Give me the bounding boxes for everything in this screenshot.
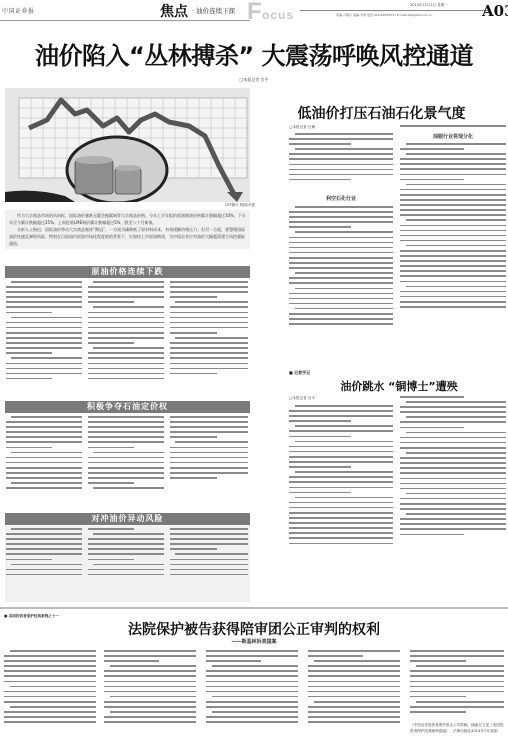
body-column bbox=[170, 416, 248, 511]
bottom-subhead: ——斯基林诉美国案 bbox=[0, 638, 508, 645]
main-headline: 油价陷入“丛林搏杀” 大震荡呼唤风控通道 bbox=[0, 36, 508, 71]
body-column bbox=[400, 396, 506, 603]
lead-paragraph: 作为大宗商品市场的风向标，国际油价暴跌无疑会拖累铜等大宗商品价格。今年上半年组约… bbox=[9, 212, 246, 226]
body-column bbox=[6, 281, 82, 386]
body-column bbox=[6, 528, 82, 600]
side-subhead: 油服行业将现分化 bbox=[400, 133, 506, 140]
body-column bbox=[289, 206, 393, 366]
focus-logo-rest: ocus bbox=[262, 8, 294, 22]
section-title: 焦点 bbox=[160, 1, 188, 21]
article-lead: 作为大宗商品市场的风向标，国际油价暴跌无疑会拖累铜等大宗商品价格。今年上半年组约… bbox=[5, 210, 250, 249]
masthead: 中国证券报 焦点 · 油价连续下探 F ocus 2014年12月1日 星期一 … bbox=[0, 0, 508, 24]
section-heading: 对冲油价异动风险 bbox=[5, 513, 250, 525]
focus-logo-f: F bbox=[247, 0, 262, 26]
masthead-rule bbox=[0, 20, 250, 21]
editor-contact: 责编:卢铜川 美编:尹建 电话:010-63070327 E-mail:zbs@… bbox=[336, 13, 432, 17]
section-subtitle: · 油价连续下探 bbox=[192, 6, 235, 15]
side-headline-2: 油价跳水 “铜博士”遭殃 bbox=[290, 378, 508, 394]
section-divider bbox=[0, 607, 508, 609]
body-column bbox=[400, 125, 506, 133]
lead-paragraph: 分析人士指出，国际油价带动大宗商品集体“熊冠”，一方面为确降低了原材料成本，有效… bbox=[9, 226, 246, 247]
main-byline: □本报记者 官平 bbox=[0, 77, 508, 83]
body-column bbox=[289, 405, 393, 603]
body-column bbox=[170, 528, 248, 600]
side-kicker: ■ 记者手记 bbox=[289, 370, 310, 376]
body-column bbox=[308, 650, 400, 748]
body-column bbox=[4, 650, 96, 748]
page-number: A03 bbox=[482, 2, 508, 20]
side-byline-2: □本报记者 官平 bbox=[289, 396, 315, 401]
paper-name: 中国证券报 bbox=[2, 6, 35, 15]
side-subhead: 利空石化行业 bbox=[289, 195, 393, 202]
section-heading: 积极争夺石油定价权 bbox=[5, 401, 250, 413]
body-column bbox=[88, 281, 164, 386]
body-column bbox=[88, 416, 164, 511]
body-column bbox=[104, 650, 196, 748]
body-column bbox=[170, 281, 248, 386]
body-column bbox=[400, 143, 506, 366]
side-byline-1: □本报记者 汪珊 bbox=[289, 125, 315, 130]
body-column bbox=[6, 416, 82, 511]
photo-credit: CFP图片 制图/尹建 bbox=[225, 203, 255, 208]
oil-chart-illustration-icon bbox=[5, 88, 250, 202]
article-photo bbox=[5, 88, 250, 202]
body-column bbox=[206, 650, 298, 748]
masthead-rule-right bbox=[300, 10, 490, 11]
bottom-headline: 法院保护被告获得陪审团公正审判的权利 bbox=[0, 619, 508, 639]
body-column bbox=[410, 650, 504, 722]
article-footnote: （中国证券投资者保护基金公司供稿，摘编自文见《美国投资者保护经典案例选编》，法律… bbox=[410, 722, 504, 748]
body-column bbox=[88, 528, 164, 600]
issue-date: 2014年12月1日 星期一 bbox=[410, 3, 448, 8]
section-heading: 原油价格连续下跌 bbox=[5, 266, 250, 278]
side-headline-1: 低油价打压石油石化景气度 bbox=[255, 103, 508, 123]
